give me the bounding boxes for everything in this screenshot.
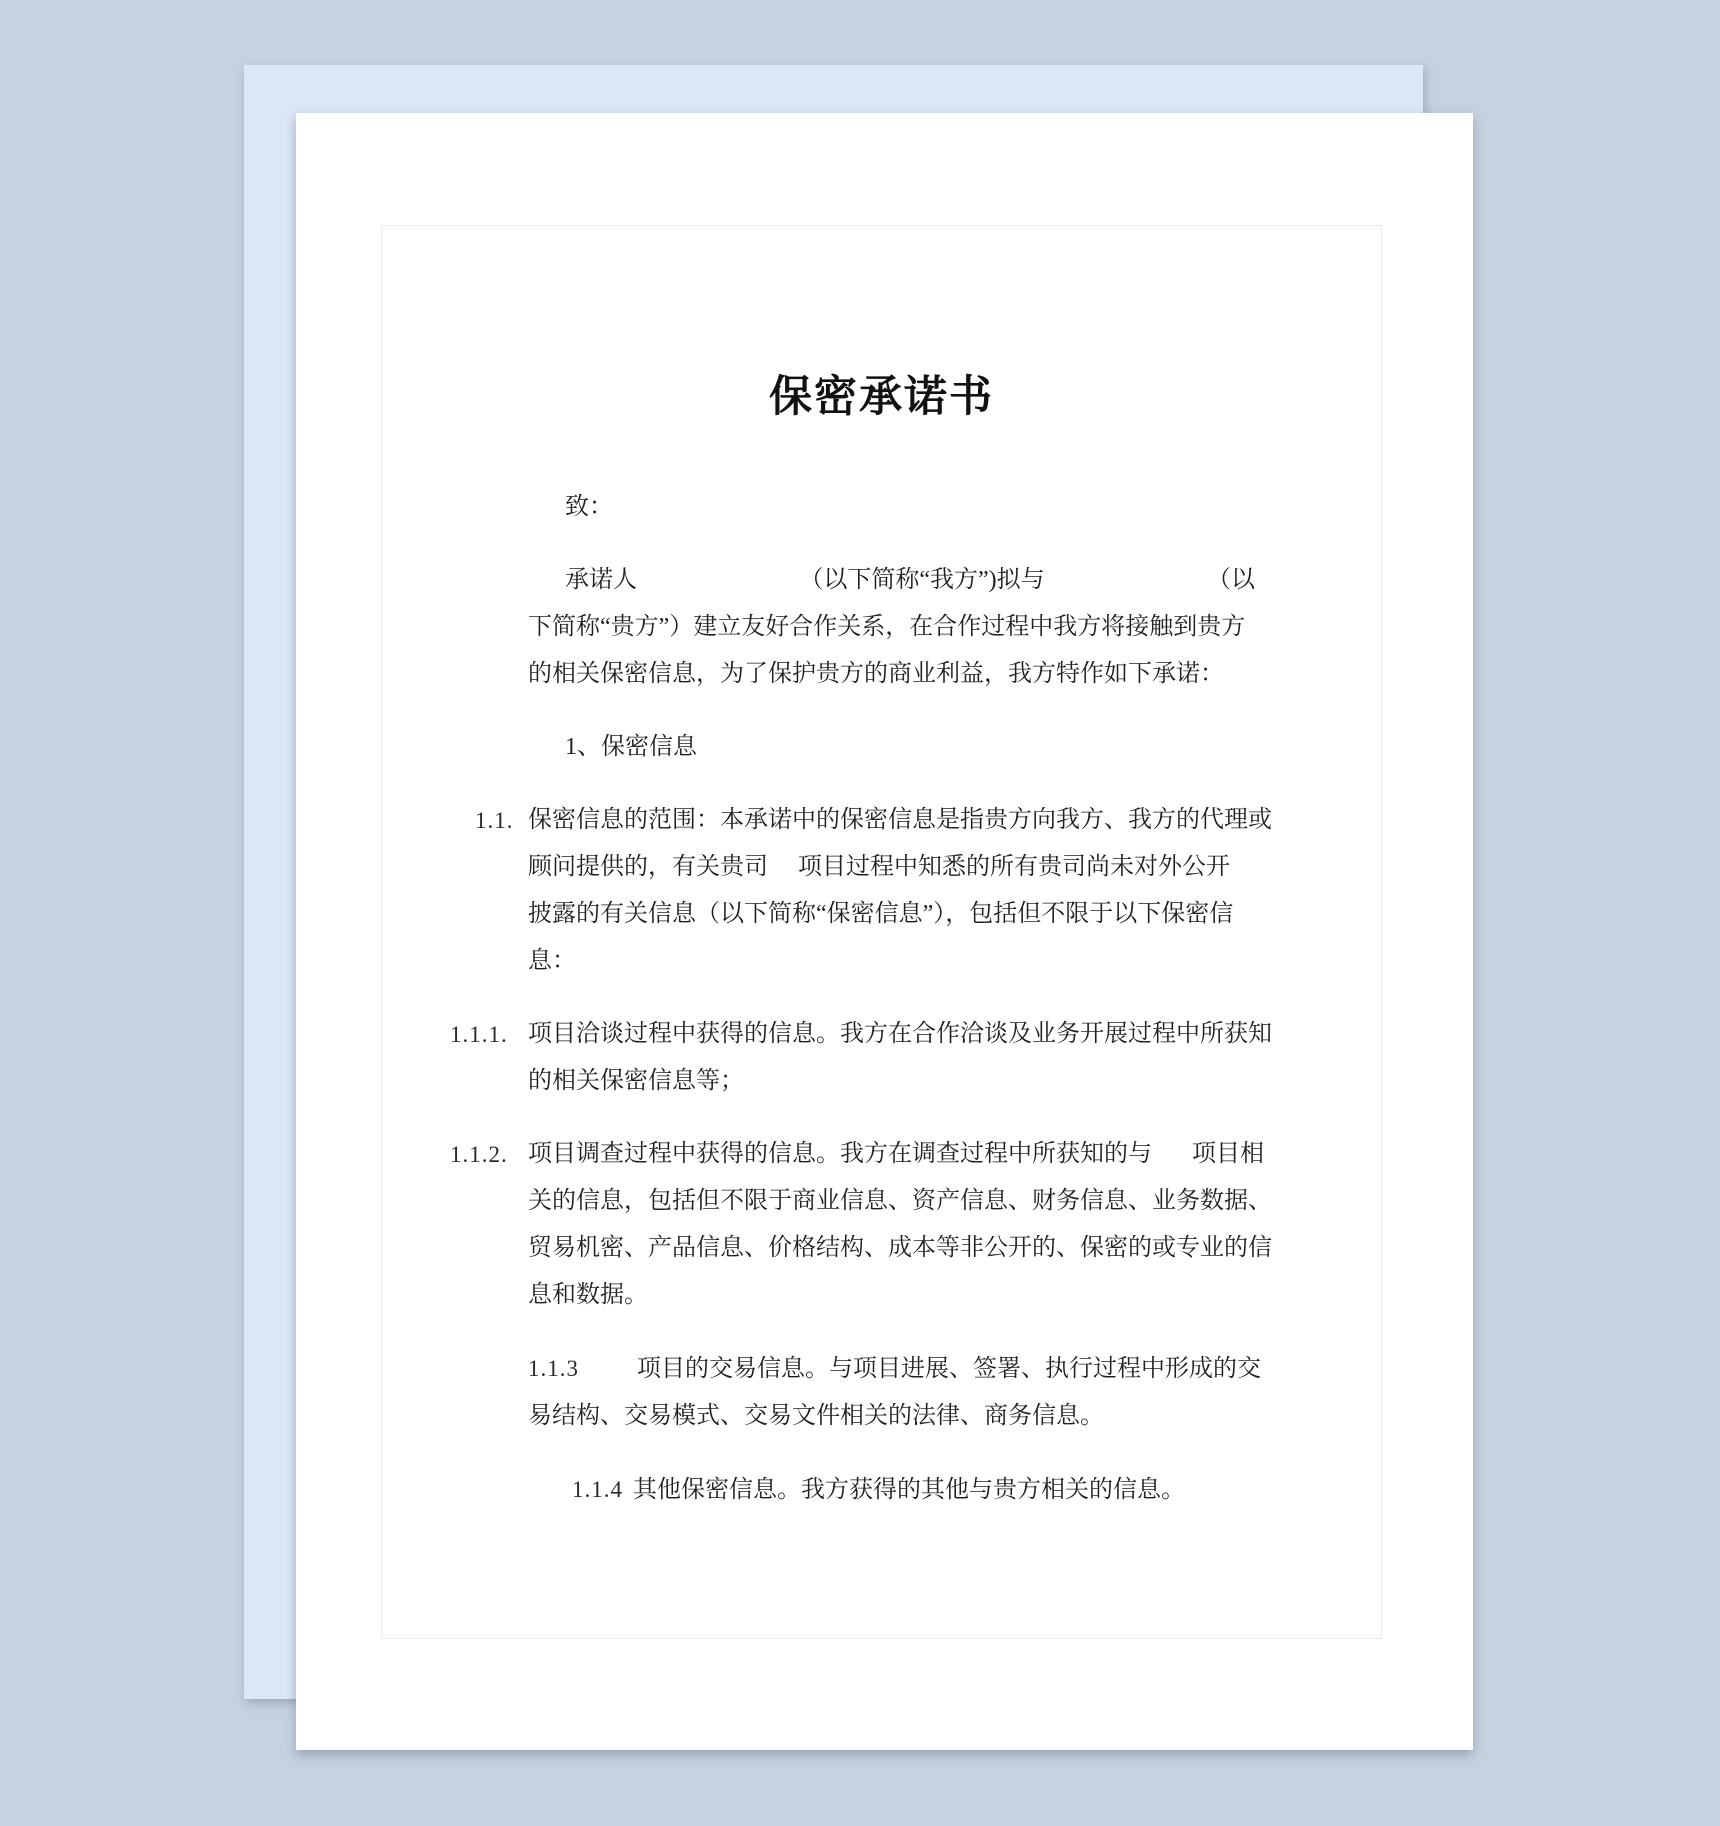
clause-1-1-3-line-1-text: 项目的交易信息。与项目进展、签署、执行过程中形成的交: [637, 1356, 1261, 1382]
clause-1-1-4-line: 1.1.4其他保密信息。我方获得的其他与贵方相关的信息。: [528, 1466, 1255, 1514]
clause-1-1-2: 1.1.2. 项目调查过程中获得的信息。我方在调查过程中所获知的与项目相 关的信…: [528, 1131, 1255, 1319]
clause-1-1-line-2-seg-1: 顾问提供的，有关贵司: [528, 854, 768, 880]
intro-open-paren: （以: [1207, 557, 1255, 604]
clause-1-1-2-line-2: 关的信息，包括但不限于商业信息、资产信息、财务信息、业务数据、: [528, 1178, 1255, 1225]
salutation-paragraph: 致：: [528, 484, 1255, 531]
document-title: 保密承诺书: [381, 369, 1382, 427]
clause-1-1-3-line-2: 易结构、交易模式、交易文件相关的法律、商务信息。: [528, 1393, 1255, 1440]
intro-line-1: 承诺人 （以下简称“我方”)拟与 （以: [528, 557, 1255, 604]
clause-1-1-2-line-4: 息和数据。: [528, 1272, 1255, 1319]
clause-1-1-3: 1.1.3项目的交易信息。与项目进展、签署、执行过程中形成的交 易结构、交易模式…: [528, 1345, 1255, 1440]
intro-promisor-label: 承诺人: [565, 557, 637, 604]
document-body: 致： 承诺人 （以下简称“我方”)拟与 （以 下简称“贵方”）建立友好合作关系，…: [528, 484, 1255, 1514]
clause-number-1-1-1: 1.1.1.: [450, 1011, 508, 1058]
workspace-background: 保密承诺书 致： 承诺人 （以下简称“我方”)拟与 （以 下简称“贵方”）建立友…: [0, 0, 1720, 1826]
clause-1-1-4-text: 其他保密信息。我方获得的其他与贵方相关的信息。: [633, 1477, 1185, 1503]
clause-1-1: 1.1. 保密信息的范围：本承诺中的保密信息是指贵方向我方、我方的代理或 顾问提…: [528, 797, 1255, 985]
clause-1-1-3-line-1: 1.1.3项目的交易信息。与项目进展、签署、执行过程中形成的交: [528, 1345, 1255, 1393]
intro-our-party-clause: （以下简称“我方”)拟与: [799, 557, 1044, 604]
clause-1-1-2-line-1-seg-1: 项目调查过程中获得的信息。我方在调查过程中所获知的与: [528, 1141, 1152, 1167]
clause-number-1-1-2: 1.1.2.: [450, 1131, 508, 1178]
clause-1-1-2-line-3: 贸易机密、产品信息、价格结构、成本等非公开的、保密的或专业的信: [528, 1225, 1255, 1272]
clause-1-1-line-1: 保密信息的范围：本承诺中的保密信息是指贵方向我方、我方的代理或: [528, 797, 1255, 844]
clause-number-1-1-3: 1.1.3: [528, 1356, 579, 1381]
clause-1-1-2-line-1-seg-2: 项目相: [1192, 1141, 1264, 1167]
clause-1-1-1-line-2: 的相关保密信息等；: [528, 1058, 1255, 1105]
clause-1-1-1-line-1: 项目洽谈过程中获得的信息。我方在合作洽谈及业务开展过程中所获知: [528, 1011, 1255, 1058]
section-1-heading: 1、保密信息: [528, 724, 1255, 771]
clause-number-1-1-4: 1.1.4: [572, 1477, 623, 1502]
clause-1-1-line-2-seg-2: 项目过程中知悉的所有贵司尚未对外公开: [798, 854, 1230, 880]
clause-1-1-line-2: 顾问提供的，有关贵司项目过程中知悉的所有贵司尚未对外公开: [528, 844, 1255, 891]
intro-line-2: 下简称“贵方”）建立友好合作关系，在合作过程中我方将接触到贵方: [528, 604, 1255, 651]
clause-1-1-2-line-1: 项目调查过程中获得的信息。我方在调查过程中所获知的与项目相: [528, 1131, 1255, 1178]
clause-1-1-1: 1.1.1. 项目洽谈过程中获得的信息。我方在合作洽谈及业务开展过程中所获知 的…: [528, 1011, 1255, 1105]
intro-line-3: 的相关保密信息，为了保护贵方的商业利益，我方特作如下承诺：: [528, 651, 1255, 698]
intro-paragraph: 承诺人 （以下简称“我方”)拟与 （以 下简称“贵方”）建立友好合作关系，在合作…: [528, 557, 1255, 698]
clause-1-1-line-3: 披露的有关信息（以下简称“保密信息”），包括但不限于以下保密信: [528, 891, 1255, 938]
salutation-line: 致：: [528, 484, 1255, 531]
clause-1-1-4: 1.1.4其他保密信息。我方获得的其他与贵方相关的信息。: [528, 1466, 1255, 1514]
section-1-heading-line: 1、保密信息: [528, 724, 1255, 771]
clause-1-1-line-4: 息：: [528, 938, 1255, 985]
clause-number-1-1: 1.1.: [475, 797, 514, 844]
